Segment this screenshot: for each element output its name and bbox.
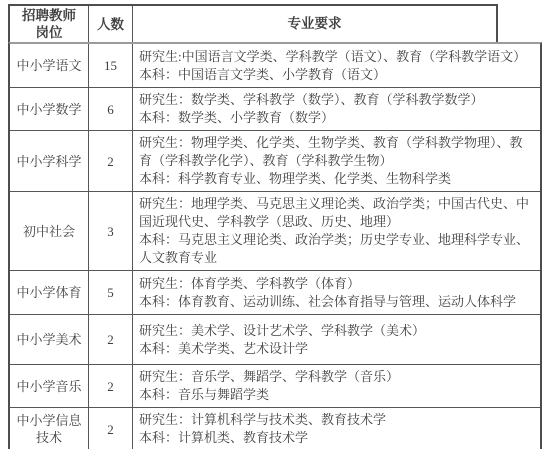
position-cell: 中小学语文	[10, 44, 89, 87]
position-text: 中小学数学	[16, 101, 81, 118]
count-cell: 2	[89, 365, 133, 407]
recruitment-table: 招聘教师 岗位 人数 专业要求 中小学语文 15 研究生:中国语言文学类、学科教…	[8, 4, 542, 449]
position-cell: 中小学信息技术	[10, 408, 89, 449]
header-position-line1: 招聘教师	[22, 7, 76, 24]
position-cell: 中小学美术	[10, 315, 89, 364]
requirements-cell: 研究生：音乐学、舞蹈学、学科教学（音乐） 本科：音乐与舞蹈学类	[133, 365, 540, 407]
count-cell: 3	[89, 192, 133, 270]
grad-requirement: 研究生：数学类、学科教学（数学）、教育（学科教学数学）	[139, 91, 534, 109]
header-count: 人数	[89, 6, 133, 42]
count-cell: 2	[89, 408, 133, 449]
position-text: 中小学体育	[16, 284, 81, 301]
undergrad-requirement: 本科：中国语言文学类、小学教育（语文）	[139, 66, 534, 84]
position-cell: 中小学数学	[10, 88, 89, 130]
recruitment-table-page: 招聘教师 岗位 人数 专业要求 中小学语文 15 研究生:中国语言文学类、学科教…	[0, 0, 550, 449]
requirements-cell: 研究生：计算机科学与技术类、教育技术学 本科：计算机类、教育技术学	[133, 408, 540, 449]
undergrad-requirement: 本科：体育教育、运动训练、社会体育指导与管理、运动人体科学	[139, 293, 534, 311]
grad-requirement: 研究生:中国语言文学类、学科教学（语文）、教育（学科教学语文）	[139, 48, 534, 66]
undergrad-requirement: 本科：数学类、小学教育（数学）	[139, 109, 534, 127]
count-cell: 6	[89, 88, 133, 130]
count-cell: 2	[89, 131, 133, 191]
position-text: 中小学语文	[16, 57, 81, 74]
count-text: 2	[107, 153, 114, 170]
requirements-cell: 研究生：地理学类、马克思主义理论类、政治学类；中国古代史、中国近现代史、学科教学…	[133, 192, 540, 270]
position-text: 中小学信息技术	[12, 412, 86, 446]
undergrad-requirement: 本科：计算机类、教育技术学	[139, 429, 534, 447]
header-count-label: 人数	[97, 16, 124, 33]
table-row: 中小学体育 5 研究生：体育学类、学科教学（体育） 本科：体育教育、运动训练、社…	[10, 271, 540, 315]
grad-requirement: 研究生：物理学类、化学类、生物学类、教育（学科教学物理）、教育（学科教学化学）、…	[139, 134, 534, 170]
table-row: 中小学数学 6 研究生：数学类、学科教学（数学）、教育（学科教学数学） 本科：数…	[10, 88, 540, 131]
header-requirements-label: 专业要求	[288, 15, 342, 33]
table-row: 中小学科学 2 研究生：物理学类、化学类、生物学类、教育（学科教学物理）、教育（…	[10, 131, 540, 192]
requirements-cell: 研究生:中国语言文学类、学科教学（语文）、教育（学科教学语文） 本科：中国语言文…	[133, 44, 540, 87]
table-row: 中小学语文 15 研究生:中国语言文学类、学科教学（语文）、教育（学科教学语文）…	[10, 44, 540, 88]
count-text: 2	[107, 331, 114, 348]
position-cell: 初中社会	[10, 192, 89, 270]
table-row: 中小学信息技术 2 研究生：计算机科学与技术类、教育技术学 本科：计算机类、教育…	[10, 408, 540, 449]
position-cell: 中小学体育	[10, 271, 89, 314]
position-cell: 中小学科学	[10, 131, 89, 191]
position-text: 中小学美术	[16, 331, 81, 348]
position-cell: 中小学音乐	[10, 365, 89, 407]
undergrad-requirement: 本科：马克思主义理论类、政治学类；历史学专业、地理科学专业、人文教育专业	[139, 231, 534, 267]
undergrad-requirement: 本科：音乐与舞蹈学类	[139, 386, 534, 404]
requirements-cell: 研究生：美术学、设计艺术学、学科教学（美术） 本科：美术学类、艺术设计学	[133, 315, 540, 364]
grad-requirement: 研究生：体育学类、学科教学（体育）	[139, 275, 534, 293]
undergrad-requirement: 本科：科学教育专业、物理学类、化学类、生物科学类	[139, 170, 534, 188]
count-text: 3	[107, 223, 114, 240]
count-text: 2	[107, 378, 114, 395]
table-row: 初中社会 3 研究生：地理学类、马克思主义理论类、政治学类；中国古代史、中国近现…	[10, 192, 540, 271]
table-row: 中小学音乐 2 研究生：音乐学、舞蹈学、学科教学（音乐） 本科：音乐与舞蹈学类	[10, 365, 540, 408]
grad-requirement: 研究生：音乐学、舞蹈学、学科教学（音乐）	[139, 368, 534, 386]
table-row: 中小学美术 2 研究生：美术学、设计艺术学、学科教学（美术） 本科：美术学类、艺…	[10, 315, 540, 365]
count-cell: 5	[89, 271, 133, 314]
grad-requirement: 研究生：美术学、设计艺术学、学科教学（美术）	[139, 322, 534, 340]
count-text: 5	[107, 284, 114, 301]
count-text: 6	[107, 101, 114, 118]
position-text: 中小学科学	[16, 153, 81, 170]
requirements-cell: 研究生：体育学类、学科教学（体育） 本科：体育教育、运动训练、社会体育指导与管理…	[133, 271, 540, 314]
position-text: 中小学音乐	[16, 378, 81, 395]
requirements-cell: 研究生：数学类、学科教学（数学）、教育（学科教学数学） 本科：数学类、小学教育（…	[133, 88, 540, 130]
count-text: 2	[107, 421, 114, 438]
grad-requirement: 研究生：计算机科学与技术类、教育技术学	[139, 411, 534, 429]
requirements-cell: 研究生：物理学类、化学类、生物学类、教育（学科教学物理）、教育（学科教学化学）、…	[133, 131, 540, 191]
header-requirements: 专业要求	[133, 6, 496, 42]
grad-requirement: 研究生：地理学类、马克思主义理论类、政治学类；中国古代史、中国近现代史、学科教学…	[139, 195, 534, 231]
count-cell: 2	[89, 315, 133, 364]
undergrad-requirement: 本科：美术学类、艺术设计学	[139, 340, 534, 358]
header-position: 招聘教师 岗位	[10, 6, 89, 42]
table-body: 中小学语文 15 研究生:中国语言文学类、学科教学（语文）、教育（学科教学语文）…	[8, 42, 542, 449]
table-header-row: 招聘教师 岗位 人数 专业要求	[8, 4, 498, 42]
count-text: 15	[104, 57, 117, 74]
header-position-line2: 岗位	[36, 24, 63, 41]
position-text: 初中社会	[23, 223, 75, 240]
count-cell: 15	[89, 44, 133, 87]
